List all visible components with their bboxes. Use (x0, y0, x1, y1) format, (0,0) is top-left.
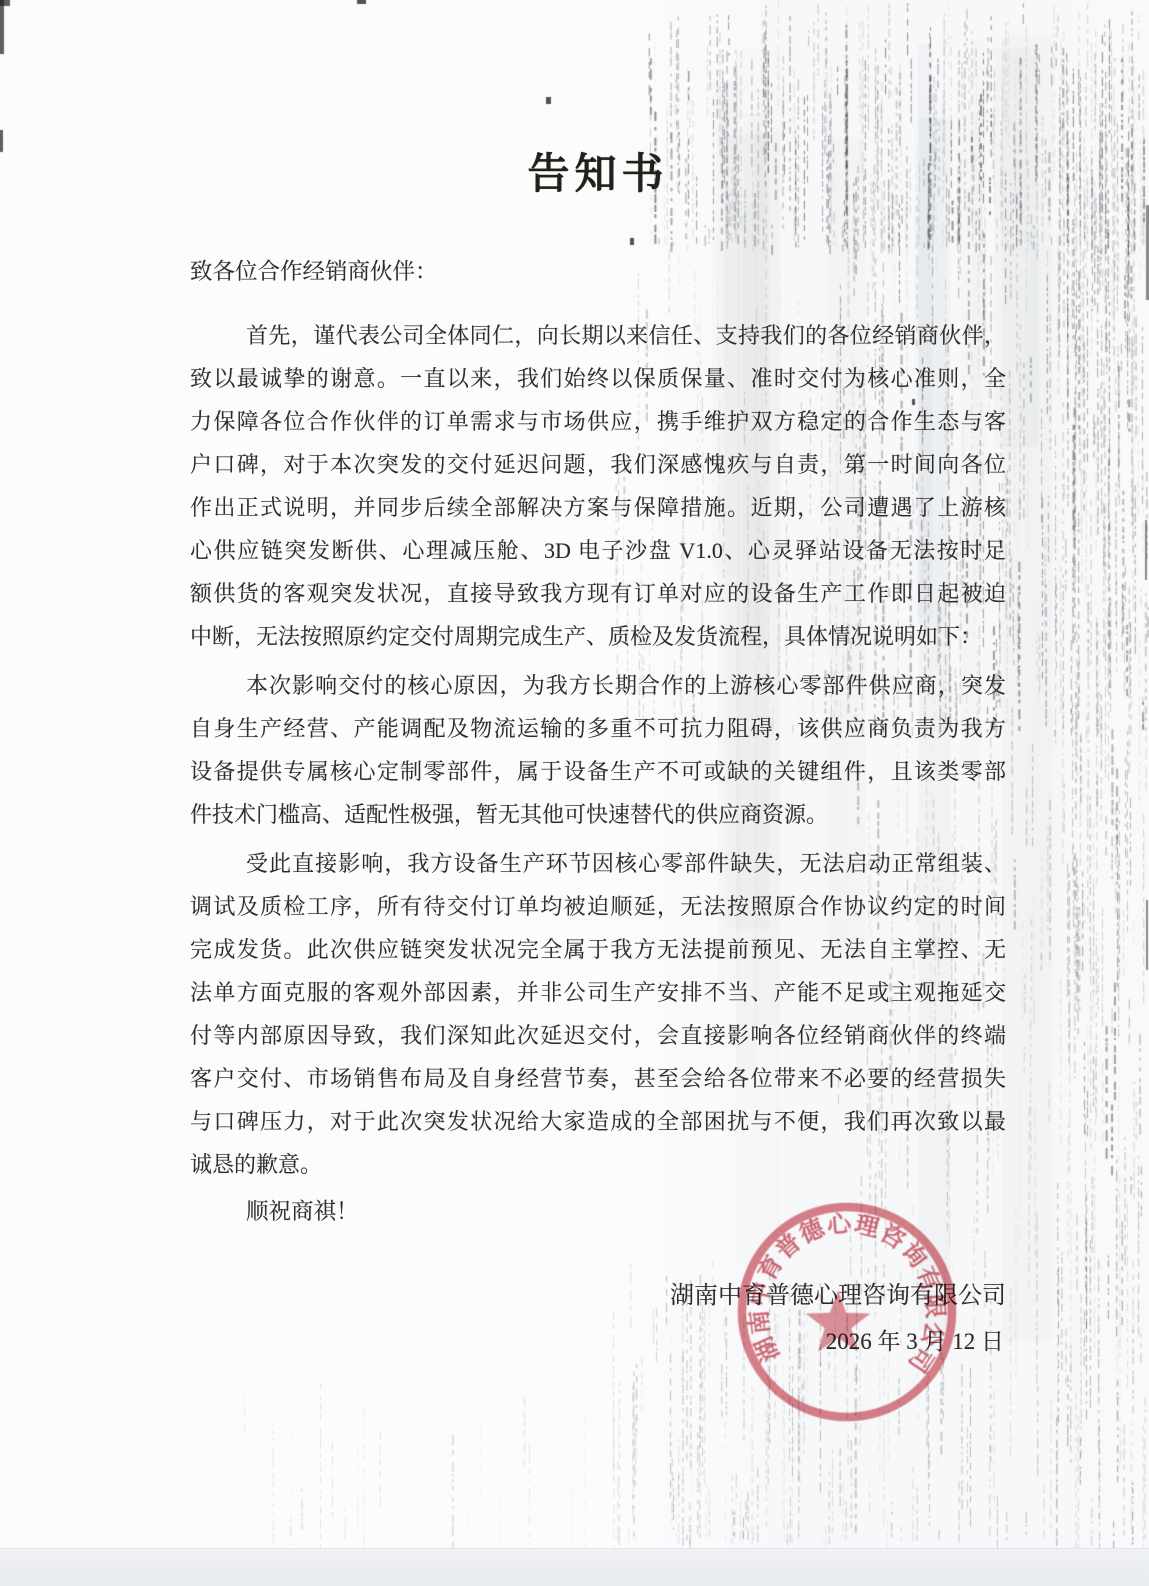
body-paragraphs: 首先，谨代表公司全体同仁，向长期以来信任、支持我们的各位经销商伙伴，致以最诚挚的… (190, 314, 1006, 1186)
text-line: 受此直接影响，我方设备生产环节因核心零部件缺失，无法启动正常组装、 (190, 842, 1006, 885)
letter-content: 告知书 致各位合作经销商伙伴： 首先，谨代表公司全体同仁，向长期以来信任、支持我… (0, 0, 1149, 1586)
text-line: 心供应链突发断供、心理减压舱、3D 电子沙盘 V1.0、心灵驿站设备无法按时足 (190, 529, 1006, 572)
text-line: 诚恳的歉意。 (190, 1143, 1006, 1186)
text-line: 与口碑压力，对于此次突发状况给大家造成的全部困扰与不便，我们再次致以最 (190, 1100, 1006, 1143)
page-title: 告知书 (190, 150, 1006, 200)
paragraph: 首先，谨代表公司全体同仁，向长期以来信任、支持我们的各位经销商伙伴，致以最诚挚的… (190, 314, 1006, 658)
text-line: 中断，无法按照原约定交付周期完成生产、质检及发货流程，具体情况说明如下： (190, 615, 1006, 658)
text-line: 本次影响交付的核心原因，为我方长期合作的上游核心零部件供应商，突发 (190, 664, 1006, 707)
text-line: 付等内部原因导致，我们深知此次延迟交付，会直接影响各位经销商伙伴的终端 (190, 1014, 1006, 1057)
closing-line: 顺祝商祺！ (190, 1190, 1006, 1233)
text-line: 完成发货。此次供应链突发状况完全属于我方无法提前预见、无法自主掌控、无 (190, 928, 1006, 971)
text-line: 首先，谨代表公司全体同仁，向长期以来信任、支持我们的各位经销商伙伴， (190, 314, 1006, 357)
signature-block: 湖南中育普德心理咨询有限公司 2026 年 3 月 12 日 (190, 1274, 1006, 1364)
scanned-document-page: 告知书 致各位合作经销商伙伴： 首先，谨代表公司全体同仁，向长期以来信任、支持我… (0, 0, 1149, 1586)
text-line: 法单方面克服的客观外部因素，并非公司生产安排不当、产能不足或主观拖延交 (190, 971, 1006, 1014)
text-line: 作出正式说明，并同步后续全部解决方案与保障措施。近期，公司遭遇了上游核 (190, 486, 1006, 529)
text-line: 致以最诚挚的谢意。一直以来，我们始终以保质保量、准时交付为核心准则，全 (190, 357, 1006, 400)
salutation: 致各位合作经销商伙伴： (190, 250, 1006, 293)
text-line: 户口碑，对于本次突发的交付延迟问题，我们深感愧疚与自责，第一时间向各位 (190, 443, 1006, 486)
paragraph: 受此直接影响，我方设备生产环节因核心零部件缺失，无法启动正常组装、调试及质检工序… (190, 842, 1006, 1186)
company-name: 湖南中育普德心理咨询有限公司 (190, 1274, 1006, 1319)
text-line: 客户交付、市场销售布局及自身经营节奏，甚至会给各位带来不必要的经营损失 (190, 1057, 1006, 1100)
paragraph: 本次影响交付的核心原因，为我方长期合作的上游核心零部件供应商，突发自身生产经营、… (190, 664, 1006, 836)
text-line: 力保障各位合作伙伴的订单需求与市场供应，携手维护双方稳定的合作生态与客 (190, 400, 1006, 443)
text-line: 设备提供专属核心定制零部件，属于设备生产不可或缺的关键组件，且该类零部 (190, 750, 1006, 793)
text-line: 自身生产经营、产能调配及物流运输的多重不可抗力阻碍，该供应商负责为我方 (190, 707, 1006, 750)
text-line: 额供货的客观突发状况，直接导致我方现有订单对应的设备生产工作即日起被迫 (190, 572, 1006, 615)
text-line: 调试及质检工序，所有待交付订单均被迫顺延，无法按照原合作协议约定的时间 (190, 885, 1006, 928)
text-line: 件技术门槛高、适配性极强，暂无其他可快速替代的供应商资源。 (190, 793, 1006, 836)
signature-date: 2026 年 3 月 12 日 (190, 1319, 1006, 1364)
